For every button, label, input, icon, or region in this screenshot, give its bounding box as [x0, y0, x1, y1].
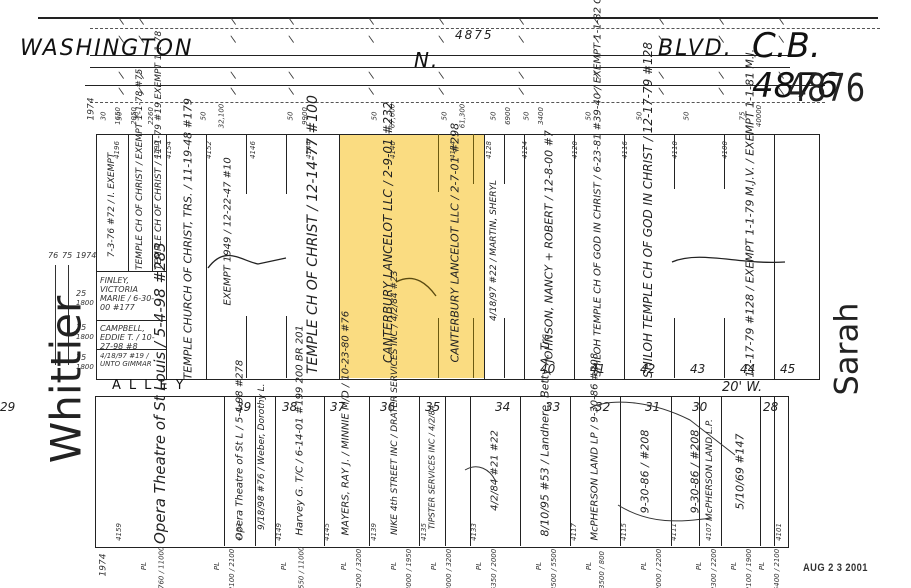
transfer-arrows [0, 0, 911, 588]
